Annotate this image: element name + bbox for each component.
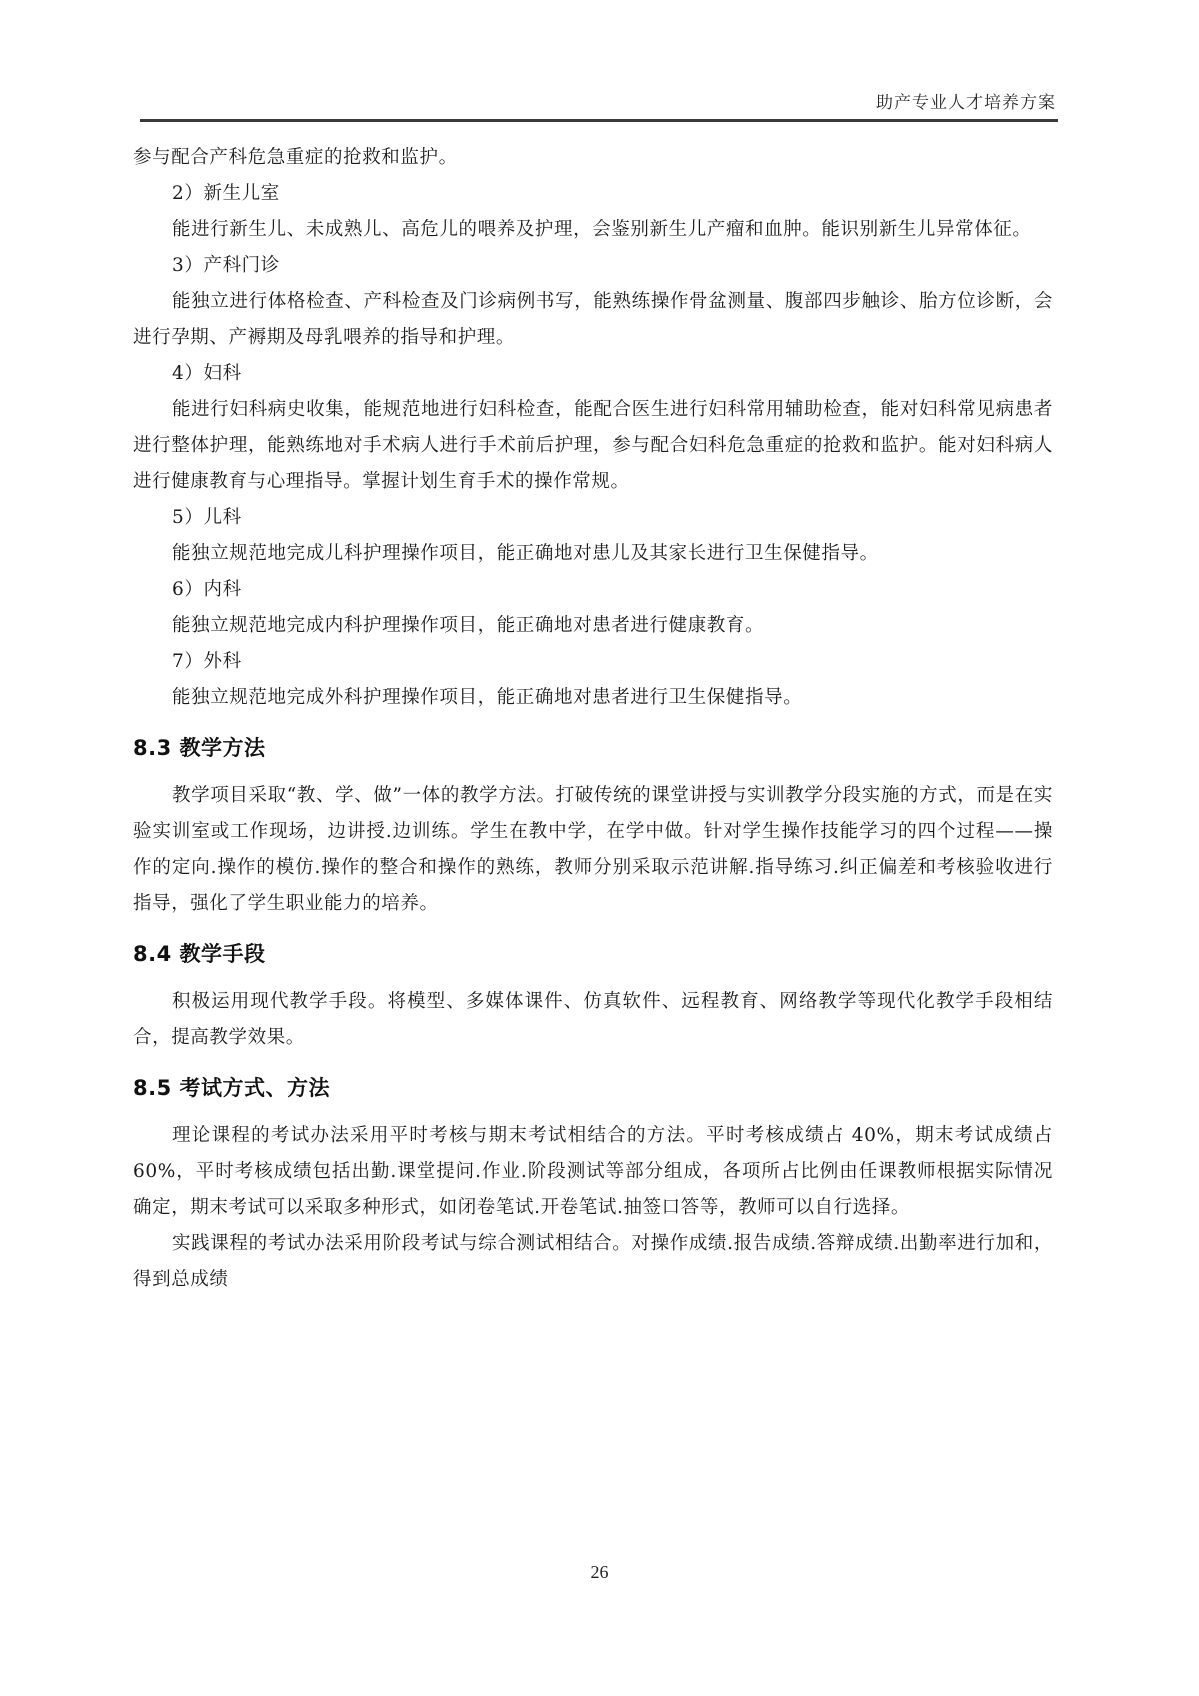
section-heading-exam-methods: 8.5 考试方式、方法 (133, 1074, 1053, 1102)
section-paragraph: 理论课程的考试办法采用平时考核与期末考试相结合的方法。平时考核成绩占 40%，期… (133, 1118, 1053, 1226)
practice-item-title: 6）内科 (133, 572, 1053, 608)
practice-item-title: 5）儿科 (133, 500, 1053, 536)
practice-item-text: 能独立规范地完成外科护理操作项目，能正确地对患者进行卫生保健指导。 (133, 680, 1053, 716)
practice-item-text: 能进行新生儿、未成熟儿、高危儿的喂养及护理，会鉴别新生儿产瘤和血肿。能识别新生儿… (133, 212, 1053, 248)
page-number: 26 (0, 1562, 1199, 1583)
practice-item-title: 2）新生儿室 (133, 176, 1053, 212)
section-heading-teaching-means: 8.4 教学手段 (133, 940, 1053, 968)
practice-item-title: 4）妇科 (133, 356, 1053, 392)
practice-item-text: 能独立规范地完成儿科护理操作项目，能正确地对患儿及其家长进行卫生保健指导。 (133, 536, 1053, 572)
practice-item-title: 3）产科门诊 (133, 248, 1053, 284)
page-content: 参与配合产科危急重症的抢救和监护。 2）新生儿室 能进行新生儿、未成熟儿、高危儿… (133, 140, 1053, 1298)
section-paragraph: 积极运用现代教学手段。将模型、多媒体课件、仿真软件、远程教育、网络教学等现代化教… (133, 984, 1053, 1056)
running-header-title: 助产专业人才培养方案 (876, 88, 1056, 113)
practice-item-text: 能进行妇科病史收集，能规范地进行妇科检查，能配合医生进行妇科常用辅助检查，能对妇… (133, 392, 1053, 500)
continuation-paragraph: 参与配合产科危急重症的抢救和监护。 (133, 140, 1053, 176)
section-paragraph: 教学项目采取“教、学、做”一体的教学方法。打破传统的课堂讲授与实训教学分段实施的… (133, 778, 1053, 922)
section-paragraph: 实践课程的考试办法采用阶段考试与综合测试相结合。对操作成绩.报告成绩.答辩成绩.… (133, 1226, 1053, 1298)
section-heading-teaching-methods: 8.3 教学方法 (133, 734, 1053, 762)
practice-item-text: 能独立规范地完成内科护理操作项目，能正确地对患者进行健康教育。 (133, 608, 1053, 644)
practice-item-text: 能独立进行体格检查、产科检查及门诊病例书写，能熟练操作骨盆测量、腹部四步触诊、胎… (133, 284, 1053, 356)
document-page: 助产专业人才培养方案 参与配合产科危急重症的抢救和监护。 2）新生儿室 能进行新… (0, 0, 1199, 1696)
running-header: 助产专业人才培养方案 (140, 84, 1058, 122)
practice-item-title: 7）外科 (133, 644, 1053, 680)
